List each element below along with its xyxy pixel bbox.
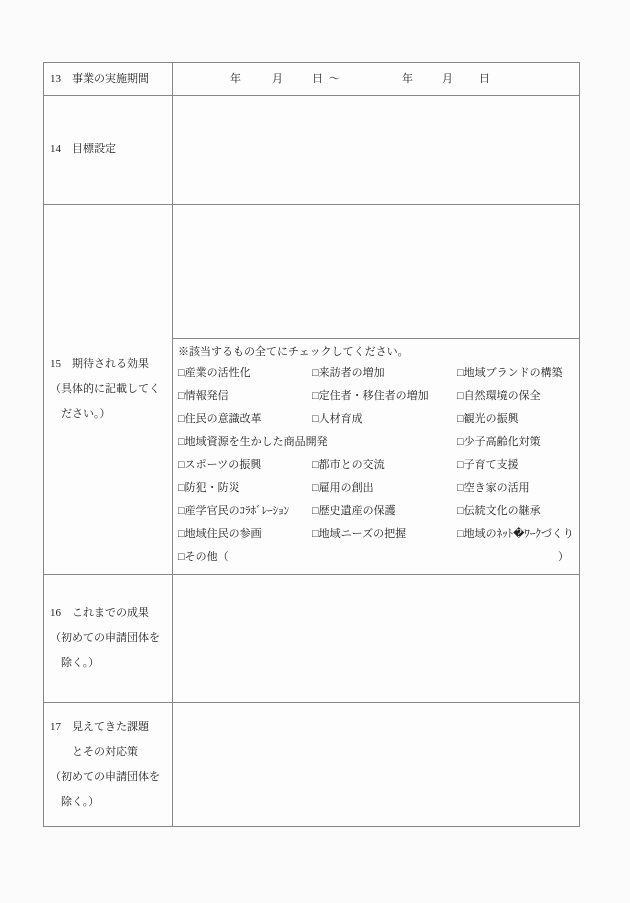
past-results-entry-area	[173, 574, 579, 702]
implementation-period-date-cell: 年 月 日 ～ 年 月 日	[173, 63, 579, 95]
checkbox-icon: □	[178, 505, 185, 517]
row16-label-line2: （初めての申請団体を	[50, 626, 172, 651]
effect-option: □観光の振興	[457, 408, 519, 431]
checkbox-icon: □	[312, 505, 319, 517]
effect-options-row: □地域資源を生かした商品開発 □少子高齢化対策	[178, 431, 579, 454]
effect-option-label: 定住者・移住者の増加	[319, 390, 429, 402]
effect-option: □地域のﾈｯﾄ�ﾜｰｸづくり	[457, 523, 574, 546]
effect-option-label: 地域住民の参画	[185, 528, 262, 540]
effect-options-row-other: □その他（ ）	[178, 546, 579, 569]
effect-option-label: スポーツの振興	[185, 459, 262, 471]
row17-label-line2: とその対応策	[50, 740, 172, 765]
row14-goal-setting-label: 14 目標設定	[44, 95, 172, 204]
checkbox-icon: □	[178, 436, 185, 448]
row16-label-line1: 16 これまでの成果	[50, 601, 172, 626]
effect-option-label: 住民の意識改革	[185, 413, 262, 425]
effect-option: □住民の意識改革	[178, 408, 262, 431]
checkbox-icon: □	[312, 390, 319, 402]
row13-implementation-period-label: 13 事業の実施期間	[44, 63, 172, 95]
row15-label-line3: ださい。）	[50, 402, 172, 427]
checkbox-icon: □	[457, 367, 464, 379]
row16-past-results-label: 16 これまでの成果 （初めての申請団体を 除く。）	[44, 574, 172, 702]
application-form-table: 13 事業の実施期間 年 月 日 ～ 年 月 日 14 目標設定 15 期待され…	[43, 62, 580, 827]
effect-option: □地域ニーズの把握	[312, 523, 406, 546]
effect-option-label: 伝統文化の継承	[464, 505, 541, 517]
row17-issues-countermeasures-label: 17 見えてきた課題 とその対応策 （初めての申請団体を 除く。）	[44, 702, 172, 827]
row15-expected-effects-label: 15 期待される効果 （具体的に記載してく ださい。）	[44, 204, 172, 574]
goal-setting-entry-area	[173, 95, 579, 204]
effect-option-label: 観光の振興	[464, 413, 519, 425]
checkbox-icon: □	[457, 528, 464, 540]
effect-option-label: 産業の活性化	[185, 367, 251, 379]
start-month-label: 月	[272, 63, 283, 95]
effect-option: □空き家の活用	[457, 477, 530, 500]
effect-option: □産学官民のｺﾗﾎﾞﾚｰｼｮﾝ	[178, 500, 289, 523]
checkbox-icon: □	[457, 459, 464, 471]
checkbox-icon: □	[457, 482, 464, 494]
checkbox-icon: □	[178, 390, 185, 402]
effect-options-row: □産学官民のｺﾗﾎﾞﾚｰｼｮﾝ □歴史遺産の保護 □伝統文化の継承	[178, 500, 579, 523]
row16-label-line3: 除く。）	[50, 651, 172, 676]
effect-option: □情報発信	[178, 385, 229, 408]
expected-effects-checkbox-area: ※該当するもの全てにチェックしてください。 □産業の活性化 □来訪者の増加 □地…	[173, 338, 579, 573]
effect-option-label: 防犯・防災	[185, 482, 240, 494]
row17-label-line3: （初めての申請団体を	[50, 765, 172, 790]
effect-options-row: □産業の活性化 □来訪者の増加 □地域ブランドの構築	[178, 362, 579, 385]
effect-option-label: 雇用の創出	[319, 482, 374, 494]
other-close-paren: ）	[558, 546, 569, 569]
checkbox-icon: □	[312, 528, 319, 540]
checkbox-icon: □	[457, 505, 464, 517]
checkbox-icon: □	[178, 367, 185, 379]
effect-option-label: 地域ブランドの構築	[464, 367, 563, 379]
row17-label-line4: 除く。）	[50, 790, 172, 815]
effect-options-row: □情報発信 □定住者・移住者の増加 □自然環境の保全	[178, 385, 579, 408]
effect-options-row: □防犯・防災 □雇用の創出 □空き家の活用	[178, 477, 579, 500]
effect-option: □雇用の創出	[312, 477, 374, 500]
effect-option: □子育て支援	[457, 454, 519, 477]
row15-label-line2: （具体的に記載してく	[50, 377, 172, 402]
effect-option-label: 歴史遺産の保護	[319, 505, 396, 517]
checkbox-icon: □	[457, 413, 464, 425]
row13-label-text: 13 事業の実施期間	[50, 67, 172, 92]
effect-option: □少子高齢化対策	[457, 431, 541, 454]
effect-option: □定住者・移住者の増加	[312, 385, 429, 408]
effect-option: □都市との交流	[312, 454, 385, 477]
checkbox-icon: □	[178, 528, 185, 540]
document-page: { "document": { "rows": { "r13": { "labe…	[0, 0, 630, 903]
check-instruction-note: ※該当するもの全てにチェックしてください。	[178, 342, 579, 362]
checkbox-icon: □	[457, 390, 464, 402]
checkbox-icon: □	[178, 551, 185, 563]
effect-option: □地域ブランドの構築	[457, 362, 563, 385]
row15-label-line1: 15 期待される効果	[50, 352, 172, 377]
effect-option-label: 情報発信	[185, 390, 229, 402]
effect-option-other: □その他（	[178, 546, 229, 569]
start-year-label: 年	[230, 63, 241, 95]
effect-option-label: 少子高齢化対策	[464, 436, 541, 448]
effect-option: □地域住民の参画	[178, 523, 262, 546]
effect-options-row: □スポーツの振興 □都市との交流 □子育て支援	[178, 454, 579, 477]
effect-option-label: 地域ニーズの把握	[319, 528, 406, 540]
effect-option-label: 子育て支援	[464, 459, 519, 471]
effect-option-label: 来訪者の増加	[319, 367, 385, 379]
start-day-label: 日	[312, 63, 323, 95]
end-day-label: 日	[479, 63, 490, 95]
effect-option-label: その他（	[185, 551, 229, 563]
checkbox-icon: □	[178, 459, 185, 471]
checkbox-icon: □	[457, 436, 464, 448]
effect-option: □産業の活性化	[178, 362, 251, 385]
effect-option: □歴史遺産の保護	[312, 500, 396, 523]
row14-label-text: 14 目標設定	[50, 137, 172, 162]
effect-option-label: 地域資源を生かした商品開発	[185, 436, 328, 448]
effect-option: □防犯・防災	[178, 477, 240, 500]
effect-options-row: □地域住民の参画 □地域ニーズの把握 □地域のﾈｯﾄ�ﾜｰｸづくり	[178, 523, 579, 546]
effect-option-label: 空き家の活用	[464, 482, 530, 494]
effect-option-label: 自然環境の保全	[464, 390, 541, 402]
checkbox-icon: □	[312, 413, 319, 425]
effect-option: □地域資源を生かした商品開発	[178, 431, 328, 454]
checkbox-icon: □	[178, 482, 185, 494]
end-year-label: 年	[402, 63, 413, 95]
checkbox-icon: □	[312, 367, 319, 379]
effect-options-row: □住民の意識改革 □人材育成 □観光の振興	[178, 408, 579, 431]
checkbox-icon: □	[312, 482, 319, 494]
effect-option: □スポーツの振興	[178, 454, 261, 477]
expected-effects-description-area	[173, 204, 579, 338]
row17-label-line1: 17 見えてきた課題	[50, 715, 172, 740]
end-month-label: 月	[442, 63, 453, 95]
effect-option-label: 産学官民のｺﾗﾎﾞﾚｰｼｮﾝ	[185, 505, 290, 517]
effect-option-label: 都市との交流	[319, 459, 385, 471]
issues-countermeasures-entry-area	[173, 702, 579, 827]
tilde-separator: ～	[329, 63, 340, 95]
effect-option: □自然環境の保全	[457, 385, 541, 408]
effect-option: □来訪者の増加	[312, 362, 385, 385]
effect-option: □伝統文化の継承	[457, 500, 541, 523]
effect-option-label: 地域のﾈｯﾄ�ﾜｰｸづくり	[464, 528, 574, 540]
effect-option: □人材育成	[312, 408, 363, 431]
checkbox-icon: □	[178, 413, 185, 425]
checkbox-icon: □	[312, 459, 319, 471]
effect-option-label: 人材育成	[319, 413, 363, 425]
